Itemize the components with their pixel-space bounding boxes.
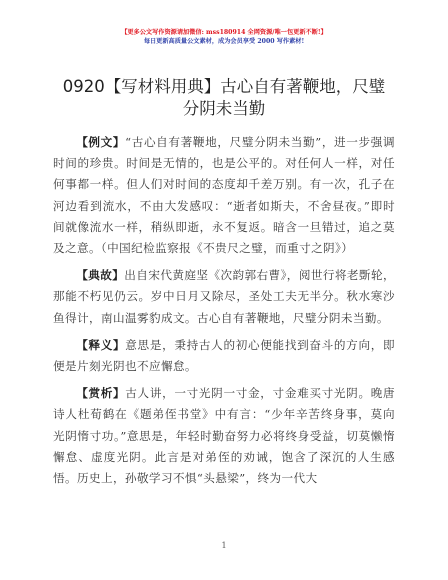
section-tag: 【例文】	[76, 135, 125, 149]
promo-line-1: 【更多公文写作资源请加微信: mss180914 全网资源/唯一包更新不断!】	[0, 28, 448, 37]
promo-header: 【更多公文写作资源请加微信: mss180914 全网资源/唯一包更新不断!】 …	[0, 28, 448, 46]
paragraph-allusion: 【典故】出自宋代黄庭坚《次韵郭右曹》，阅世行将老斲轮，那能不朽见仍云。岁中日月又…	[53, 265, 395, 329]
section-tag: 【释义】	[76, 338, 125, 352]
document-body: 【例文】“古心自有著鞭地，尺璧分阴未当勤”，进一步强调时间的珍贵。时间是无情的，…	[53, 132, 395, 495]
paragraph-text: 古人讲，一寸光阴一寸金，寸金难买寸光阴。晚唐诗人杜荀鹤在《题弟侄书堂》中有言：“…	[53, 386, 395, 485]
section-tag: 【典故】	[76, 268, 124, 282]
paragraph-example: 【例文】“古心自有著鞭地，尺璧分阴未当勤”，进一步强调时间的珍贵。时间是无情的，…	[53, 132, 395, 259]
document-title: 0920【写材料用典】古心自有著鞭地，尺璧分阴未当勤	[60, 76, 388, 120]
paragraph-meaning: 【释义】意思是，秉持古人的初心便能找到奋斗的方向，即便是片刻光阴也不应懈怠。	[53, 335, 395, 377]
promo-line-2: 每日更新高质量公文素材，成为会员享受 2000 写作素材!	[0, 37, 448, 46]
page-number: 1	[0, 541, 448, 550]
paragraph-analysis: 【赏析】古人讲，一寸光阴一寸金，寸金难买寸光阴。晚唐诗人杜荀鹤在《题弟侄书堂》中…	[53, 383, 395, 489]
paragraph-text: “古心自有著鞭地，尺璧分阴未当勤”，进一步强调时间的珍贵。时间是无情的，也是公平…	[53, 135, 395, 255]
section-tag: 【赏析】	[76, 386, 125, 400]
